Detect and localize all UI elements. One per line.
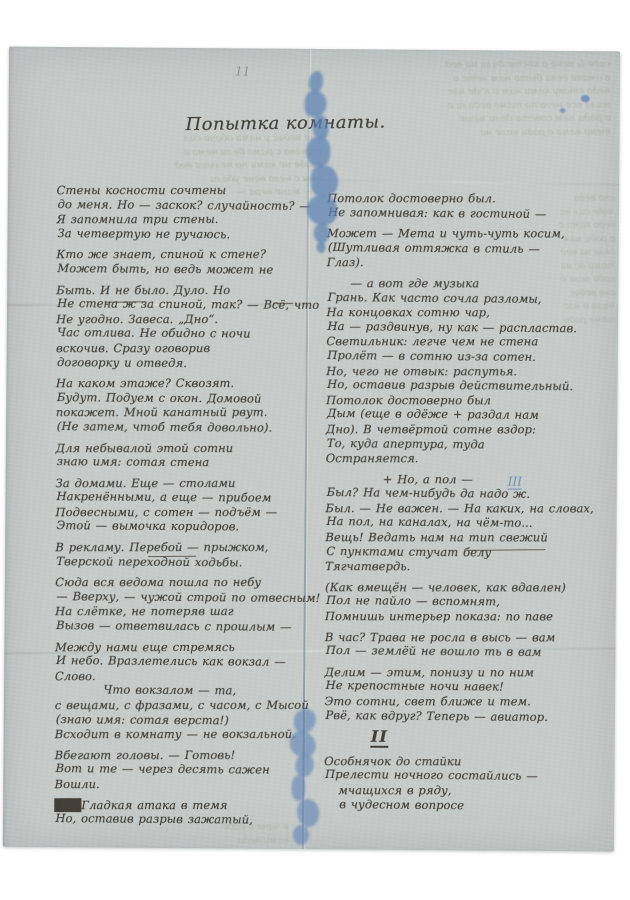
manuscript-line: вскочив. Сразу оговорив: [56, 341, 318, 356]
manuscript-line: Это сотни, свет ближе и тем.: [325, 694, 619, 709]
manuscript-line: Быть. И не было. Дуло. Но: [56, 282, 318, 297]
stanza: Вбегают головы. — Готовь!Вот и те — чере…: [55, 747, 317, 792]
manuscript-line: Стены косности сочтены: [57, 183, 319, 198]
stanza: Сюда вся ведома пошла по небу— Вверху, —…: [55, 575, 317, 634]
ink-stain-blob: [309, 71, 323, 93]
manuscript-line: Подвесными, с сотен — подъём —: [56, 505, 318, 520]
manuscript-line: Пол не пайло — вспомнят,: [326, 593, 620, 610]
manuscript-line: Прелести ночного состайлись —: [325, 767, 619, 784]
manuscript-line: Будут. Подуем с окон. Домовой: [57, 390, 319, 406]
manuscript-line: И небо. Вразлетелись как вокзал —: [56, 653, 318, 669]
manuscript-line: Но, чего не отвык: распутья.: [326, 364, 620, 379]
manuscript-line: Кто же знает, спиной к стене?: [56, 247, 318, 262]
manuscript-line: Вот и те — через десять сажен: [56, 761, 318, 777]
stanza: Потолок достоверно был.Не запомнивая: ка…: [327, 191, 621, 222]
manuscript-line: Вошли.: [55, 777, 317, 792]
ink-underline: [273, 303, 293, 304]
stanza: Делим — этим, понизу и по нимНе крепостн…: [324, 664, 618, 724]
manuscript-line: Вещь! Ведать нам на тип свежий: [325, 530, 619, 545]
manuscript-line: Не угодно. Завеса. „Дно“.: [56, 312, 318, 327]
manuscript-line: покажет. Мной канатный рвут.: [56, 405, 318, 420]
manuscript-line: Вбегают головы. — Готовь!: [55, 748, 317, 763]
manuscript-line: мчащихся в ряду,: [324, 783, 618, 798]
manuscript-line: Но, оставив разрыв зажатый,: [55, 811, 317, 827]
manuscript-line: Рвё, как вдруг? Теперь — авиатор.: [325, 708, 619, 725]
manuscript-line: За домами. Еще — столами: [56, 476, 318, 491]
ink-speck: [560, 108, 566, 113]
manuscript-line: (знаю имя: сотая верста!): [56, 712, 318, 728]
manuscript-line: Глаз).: [327, 256, 621, 271]
stanza: На каком этаже? Сквозят.Будут. Подуем с …: [56, 376, 318, 435]
manuscript-line: Накренёнными, а еще — прибоем: [57, 489, 319, 505]
manuscript-line: Может — Мета и чуть-чуть косим,: [327, 226, 621, 241]
manuscript-line: договорку и отведя.: [57, 355, 319, 371]
manuscript-line: На пол, на каналах, на чём-то...: [326, 514, 620, 531]
manuscript-line: На концовках сотню чар,: [327, 305, 621, 320]
manuscript-line: Помнишь интерьер показа: по паве: [325, 609, 619, 624]
manuscript-paper: ано ведас у нами обаче силтенаво с рамо …: [3, 47, 620, 852]
manuscript-line: — Вверху, — чужой строй по отвесным!: [56, 589, 318, 605]
manuscript-line: Грань. Как часто сочла разломы,: [328, 290, 622, 307]
manuscript-line: Светильник: легче чем не стена: [326, 334, 620, 349]
manuscript-line: Не запомнивая: как в гостиной —: [328, 205, 622, 222]
ink-stain-blob: [311, 165, 338, 197]
manuscript-line: Сюда вся ведома пошла по небу: [55, 575, 317, 590]
stanza: В рекламу. Перебой — прыжком,Тверской пе…: [55, 540, 317, 570]
stanza: Между нами еще стремясьИ небо. Вразлетел…: [55, 639, 317, 742]
bleedthrough-line: саде ما вена о косте дили на вед: [339, 57, 611, 72]
manuscript-line: Но, оставив разрыв действительный.: [327, 377, 621, 394]
stanza: (Как вмещён — человек, как вдавлен)Пол н…: [325, 579, 619, 624]
ink-stain-blob: [312, 115, 328, 139]
manuscript-line: Пролёт — в сотню из-за сотен.: [327, 348, 621, 365]
manuscript-line: То, куда апертура, туда: [327, 435, 621, 452]
manuscript-line: с вещами, с фразами, с часом, с Мысой: [55, 698, 317, 713]
manuscript-line: Вызов — ответвилась с прошлым —: [56, 618, 318, 634]
manuscript-line: Час отлива. Не обидно с ночи: [57, 325, 319, 341]
scanned-page: ано ведас у нами обаче силтенаво с рамо …: [0, 0, 630, 900]
stanza: ███Гладкая атака в темяНо, оставив разры…: [54, 797, 316, 827]
stanza: За домами. Еще — столамиНакренёнными, а …: [55, 475, 317, 534]
ink-stain-blob: [293, 825, 309, 845]
stanza: — а вот где музыкаГрань. Как часто сочла…: [326, 275, 621, 466]
stanza: Стены косности сочтеныдо меня. Но — заск…: [56, 183, 318, 242]
manuscript-line: (Не затем, чтоб тебя довольно).: [57, 419, 319, 435]
manuscript-line: Этой — вымочка коридоров.: [56, 519, 318, 535]
manuscript-line: Не стена ж за спиной, так? — Всё, что: [57, 296, 319, 312]
bleedthrough-line: недо ставу коми нам о ראде нас: [339, 84, 611, 99]
stanza: В час? Трава не росла в высь — вамПол — …: [325, 629, 619, 660]
manuscript-line: в чудесном вопросе: [325, 797, 619, 814]
stanza: Может — Мета и чуть-чуть косим,(Шутливая…: [327, 226, 621, 271]
manuscript-line: Я запомнила три стены.: [57, 212, 319, 227]
manuscript-line: до меня. Но — заскок? случайность? —: [58, 197, 320, 213]
manuscript-line: Не крепостные ночи навек!: [326, 678, 620, 695]
ink-stain-bottom: [9, 47, 620, 52]
manuscript-line: Дно). В четвёртой сотне вздор:: [326, 422, 620, 437]
stanza: Для небывалой этой сотнизнаю имя: сотая …: [56, 440, 318, 470]
stanza: Быть. И не было. Дуло. НоНе стена ж за с…: [56, 282, 318, 370]
manuscript-line: На слётке, не потеряв шаг: [55, 604, 317, 619]
section-marker: II: [370, 730, 388, 748]
manuscript-line: Был? На чем-нибудь да надо ж.: [327, 485, 621, 502]
ink-stain-blob: [291, 775, 305, 801]
right-column: Потолок достоверно был.Не запомнивая: ка…: [324, 191, 621, 820]
manuscript-line: За четвертую не ручаюсь.: [57, 226, 319, 242]
manuscript-line: ███Гладкая атака в темя: [54, 797, 316, 812]
stanza: + Но, а пол —Был? На чем-нибудь да надо …: [325, 471, 620, 575]
ink-speck: [581, 95, 590, 102]
manuscript-line: Что вокзалом — та,: [56, 683, 318, 699]
manuscript-line: Дым (еще в одёже + раздал нам: [327, 406, 621, 423]
manuscript-line: — а вот где музыка: [327, 276, 621, 291]
ink-stain-blob: [297, 799, 319, 827]
page-number: 11: [235, 64, 250, 78]
manuscript-line: Между нами еще стремясь: [55, 640, 317, 655]
bleedthrough-line: коми веда: [179, 834, 289, 848]
manuscript-line: Всходит в комнату — не вокзальной.: [55, 727, 317, 742]
stanza: Кто же знает, спиной к стене?Может быть,…: [56, 247, 318, 277]
bleedthrough-line: сваде не коми по нельша вед: [52, 158, 322, 173]
left-column: Стены косности сочтеныдо меня. Но — заск…: [54, 183, 318, 834]
ink-stain-blob: [306, 137, 330, 167]
manuscript-line: Пол — землёй не вошло ть в вам: [326, 643, 620, 660]
manuscript-line: знаю имя: сотая стена: [57, 454, 319, 470]
horizontal-crease: [303, 179, 619, 186]
stanza: Особнячок до стайкиПрелести ночного сост…: [324, 753, 618, 813]
manuscript-line: Слово.: [55, 669, 317, 684]
manuscript-line: Потолок достоверно был.: [327, 191, 621, 206]
manuscript-line: Остраняется.: [326, 451, 620, 466]
manuscript-line: Может быть, но ведь может не: [57, 261, 319, 277]
ink-stain-top: [9, 47, 620, 52]
ink-stain-blob: [317, 241, 326, 253]
manuscript-line: В рекламу. Перебой — прыжком,: [55, 540, 317, 555]
margin-numeral: III: [508, 475, 522, 490]
manuscript-line: На каком этаже? Сквозят.: [56, 376, 318, 391]
manuscript-line: Тягчатвердь.: [325, 559, 619, 574]
poem-title: Попытка комнаты.: [185, 111, 385, 135]
ink-stain-blob: [307, 195, 337, 225]
manuscript-line: Для небывалой этой сотни: [56, 440, 318, 455]
